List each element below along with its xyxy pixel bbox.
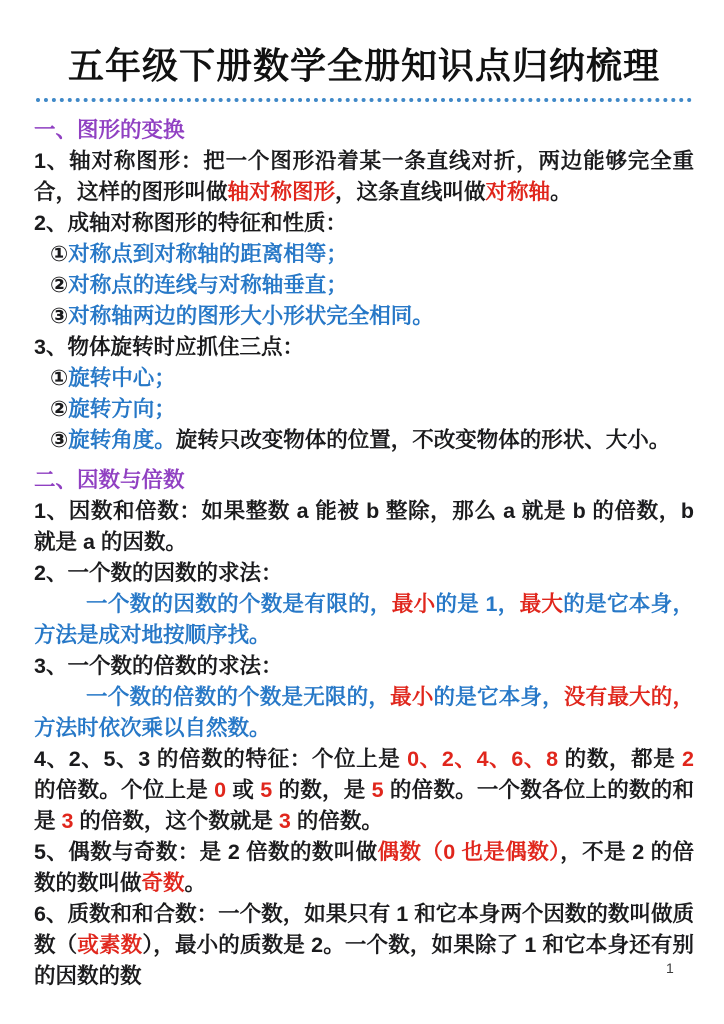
document-body: 一、图形的变换1、轴对称图形：把一个图形沿着某一条直线对折，两边能够完全重合，这… [34, 115, 694, 992]
text-segment: 轴对称图形 [228, 180, 336, 204]
section-heading: 二、因数与倍数 [34, 465, 694, 496]
text-segment: 3、物体旋转时应抓住三点： [34, 335, 304, 359]
text-segment: 对称点的连线与对称轴垂直； [68, 273, 348, 297]
text-segment: 方法时依次乘以自然数。 [34, 716, 271, 740]
paragraph: ①对称点到对称轴的距离相等； [34, 239, 694, 270]
text-segment: ① [50, 366, 68, 390]
text-segment: 1、因数和倍数：如果整数 a 能被 b 整除，那么 a 就是 b 的倍数，b 就… [34, 499, 694, 554]
text-segment: 5 [372, 778, 384, 802]
text-segment: 旋转方向； [68, 397, 176, 421]
text-segment: 的是 1， [435, 592, 519, 616]
text-segment: 的倍数。个位上是 [34, 778, 214, 802]
text-segment: 2 [682, 747, 694, 771]
text-segment: ③ [50, 428, 68, 452]
text-segment: ，这条直线叫做 [335, 180, 486, 204]
text-segment: 最小 [392, 592, 436, 616]
document-page: 五年级下册数学全册知识点归纳梳理 一、图形的变换1、轴对称图形：把一个图形沿着某… [0, 0, 724, 1024]
text-segment: 0 [214, 778, 226, 802]
text-segment: 旋转只改变物体的位置，不改变物体的形状、大小。 [176, 428, 671, 452]
text-segment: 的是它本身， [434, 685, 564, 709]
paragraph: 6、质数和和合数：一个数，如果只有 1 和它本身两个因数的数叫做质数（或素数），… [34, 899, 694, 992]
text-segment: 2、成轴对称图形的特征和性质： [34, 211, 347, 235]
paragraph: 2、成轴对称图形的特征和性质： [34, 208, 694, 239]
paragraph: 一个数的倍数的个数是无限的，最小的是它本身，没有最大的，方法时依次乘以自然数。 [34, 682, 694, 744]
text-segment: 对称点到对称轴的距离相等； [68, 242, 348, 266]
paragraph: 一个数的因数的个数是有限的，最小的是 1，最大的是它本身，方法是成对地按顺序找。 [34, 589, 694, 651]
paragraph: 4、2、5、3 的倍数的特征：个位上是 0、2、4、6、8 的数，都是 2 的倍… [34, 744, 694, 837]
text-segment: ② [50, 273, 68, 297]
paragraph: 2、一个数的因数的求法： [34, 558, 694, 589]
text-segment: 或素数 [77, 933, 142, 957]
text-segment: 偶数（0 也是偶数） [378, 840, 561, 864]
paragraph: 1、因数和倍数：如果整数 a 能被 b 整除，那么 a 就是 b 的倍数，b 就… [34, 496, 694, 558]
text-segment: ② [50, 397, 68, 421]
text-segment: 的数，都是 [558, 747, 682, 771]
paragraph: ①旋转中心； [34, 363, 694, 394]
paragraph: 1、轴对称图形：把一个图形沿着某一条直线对折，两边能够完全重合，这样的图形叫做轴… [34, 146, 694, 208]
text-segment: 最大 [520, 592, 564, 616]
paragraph: ③对称轴两边的图形大小形状完全相同。 [34, 301, 694, 332]
page-number: 1 [666, 960, 674, 976]
text-segment: 5、偶数与奇数：是 2 倍数的数叫做 [34, 840, 378, 864]
paragraph: ②旋转方向； [34, 394, 694, 425]
text-segment: ① [50, 242, 68, 266]
text-segment: 5 [260, 778, 272, 802]
text-segment: 旋转角度。 [68, 428, 176, 452]
section-heading: 一、图形的变换 [34, 115, 694, 146]
paragraph: ③旋转角度。旋转只改变物体的位置，不改变物体的形状、大小。 [34, 425, 694, 456]
text-segment: 3、一个数的倍数的求法： [34, 654, 282, 678]
page-title: 五年级下册数学全册知识点归纳梳理 [34, 44, 694, 88]
text-segment: 二、因数与倍数 [34, 468, 185, 492]
paragraph: ②对称点的连线与对称轴垂直； [34, 270, 694, 301]
text-segment: 对称轴两边的图形大小形状完全相同。 [68, 304, 434, 328]
paragraph: 5、偶数与奇数：是 2 倍数的数叫做偶数（0 也是偶数），不是 2 的倍数的数叫… [34, 837, 694, 899]
paragraph: 3、物体旋转时应抓住三点： [34, 332, 694, 363]
text-segment: 一个数的因数的个数是有限的， [86, 592, 392, 616]
text-segment: ③ [50, 304, 68, 328]
text-segment: 的倍数，这个数就是 [73, 809, 278, 833]
text-segment: 最小 [390, 685, 433, 709]
title-divider [36, 98, 692, 102]
text-segment: 一个数的倍数的个数是无限的， [86, 685, 390, 709]
text-segment: 旋转中心； [68, 366, 176, 390]
text-segment: 对称轴 [486, 180, 551, 204]
text-segment: 3 [279, 809, 291, 833]
text-segment: 。 [185, 871, 207, 895]
text-segment: 3 [61, 809, 73, 833]
text-segment: 。 [550, 180, 572, 204]
paragraph: 3、一个数的倍数的求法： [34, 651, 694, 682]
text-segment: 4、2、5、3 的倍数的特征：个位上是 [34, 747, 407, 771]
text-segment: 的倍数。 [291, 809, 383, 833]
text-segment: 0、2、4、6、8 [407, 747, 558, 771]
text-segment: 或 [226, 778, 260, 802]
text-segment: 奇数 [142, 871, 185, 895]
text-segment: 一、图形的变换 [34, 118, 185, 142]
text-segment: 2、一个数的因数的求法： [34, 561, 282, 585]
text-segment: 没有最大的， [564, 685, 694, 709]
text-segment: 的数，是 [272, 778, 371, 802]
